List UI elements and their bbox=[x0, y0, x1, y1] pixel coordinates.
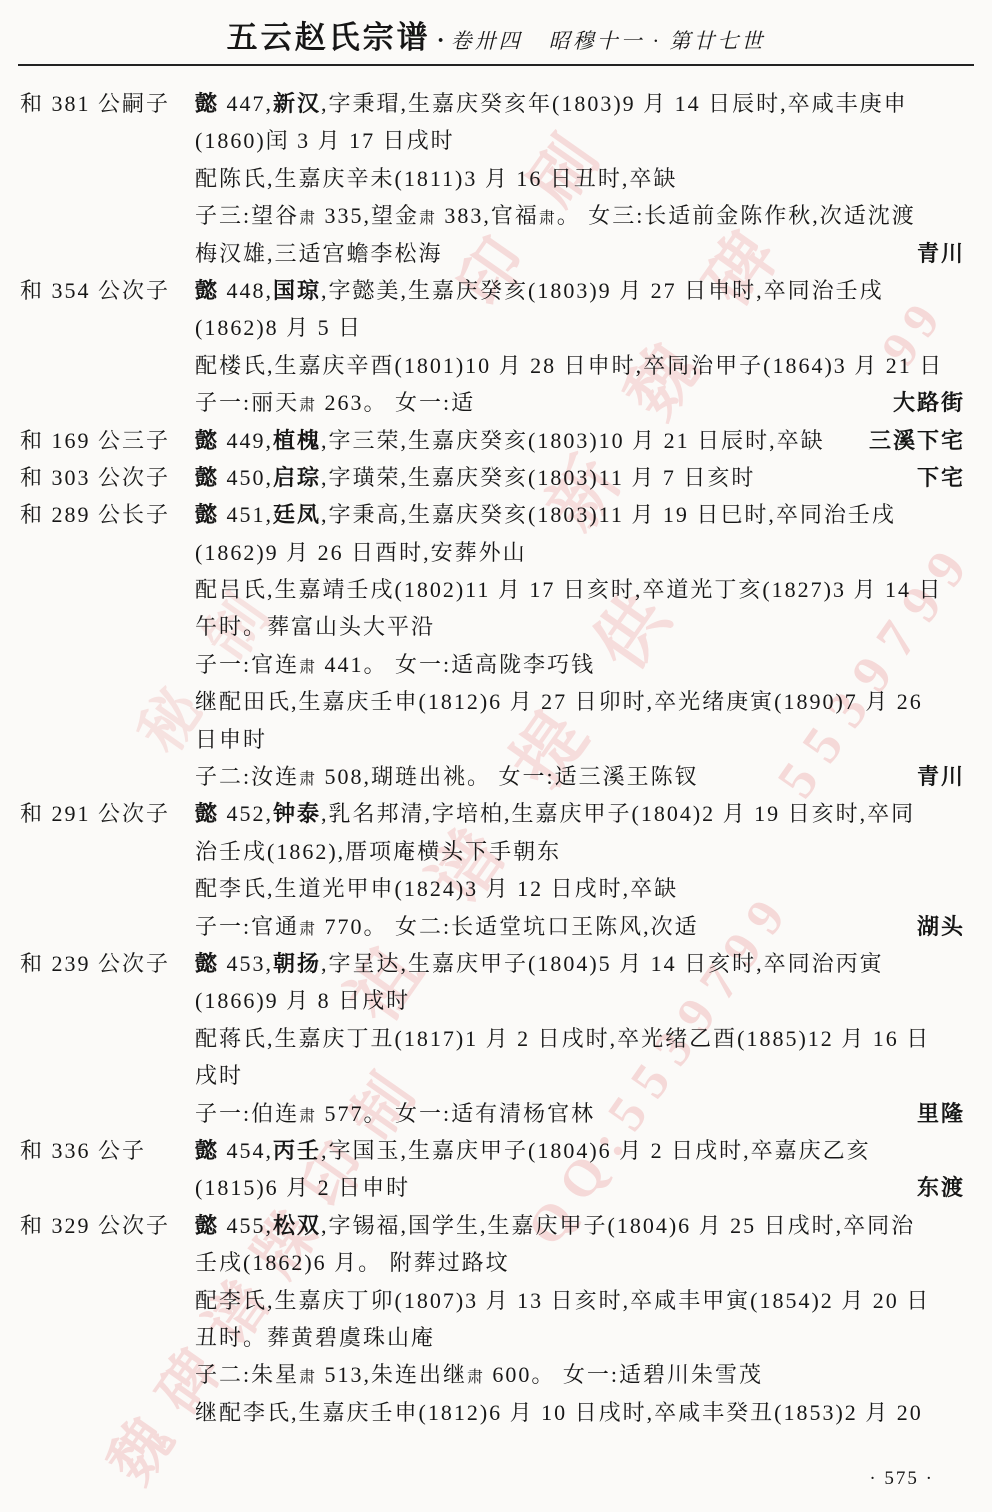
entry-text: 懿 447,新汉,字秉瑁,生嘉庆癸亥年(1803)9 月 14 日辰时,卒咸丰庚… bbox=[195, 87, 908, 118]
place-tag: 里隆 bbox=[905, 1097, 965, 1128]
place-tag: 下宅 bbox=[905, 461, 965, 492]
lineage-label: 和 303 公次子 bbox=[20, 461, 195, 492]
entry-text: 子一:伯连肃 577。 女一:适有清杨官林 bbox=[195, 1097, 595, 1128]
entry-text: 子二:汝连肃 508,瑚琏出祧。 女一:适三溪王陈钗 bbox=[195, 760, 699, 791]
entry-text: 配吕氏,生嘉靖壬戌(1802)11 月 17 日亥时,卒道光丁亥(1827)3 … bbox=[195, 573, 943, 604]
lineage-label: 和 381 公嗣子 bbox=[20, 87, 195, 118]
place-tag: 青川 bbox=[905, 237, 965, 268]
entry-text: (1815)6 月 2 日申时 bbox=[195, 1171, 410, 1202]
genealogy-line: 戌时 bbox=[20, 1059, 965, 1096]
volume-label: 卷卅四 bbox=[451, 29, 523, 53]
genealogy-line: 配蒋氏,生嘉庆丁丑(1817)1 月 2 日戌时,卒光绪乙酉(1885)12 月… bbox=[20, 1022, 965, 1059]
entry-text: 配李氏,生嘉庆丁卯(1807)3 月 13 日亥时,卒咸丰甲寅(1854)2 月… bbox=[195, 1284, 930, 1315]
entry-text: (1862)9 月 26 日酉时,安葬外山 bbox=[195, 536, 527, 567]
genealogy-line: 和 381 公嗣子懿 447,新汉,字秉瑁,生嘉庆癸亥年(1803)9 月 14… bbox=[20, 87, 965, 124]
place-tag: 东渡 bbox=[905, 1171, 965, 1202]
genealogy-line: 和 329 公次子懿 455,松双,字锡福,国学生,生嘉庆甲子(1804)6 月… bbox=[20, 1209, 965, 1246]
genealogy-line: 和 291 公次子懿 452,钟泰,乳名邦清,字培柏,生嘉庆甲子(1804)2 … bbox=[20, 797, 965, 834]
entry-text: 继配李氏,生嘉庆壬申(1812)6 月 10 日戌时,卒咸丰癸丑(1853)2 … bbox=[195, 1396, 923, 1427]
genealogy-line: (1862)8 月 5 日 bbox=[20, 311, 965, 348]
place-tag: 三溪下宅 bbox=[857, 424, 965, 455]
genealogy-line: 子二:汝连肃 508,瑚琏出祧。 女一:适三溪王陈钗青川 bbox=[20, 760, 965, 797]
section-label: 昭穆十一 · 第廿七世 bbox=[549, 29, 766, 53]
title-separator-dot: · bbox=[431, 28, 451, 54]
entry-text: 懿 452,钟泰,乳名邦清,字培柏,生嘉庆甲子(1804)2 月 19 日亥时,… bbox=[195, 797, 915, 828]
entry-text: 懿 450,启琮,字璜荣,生嘉庆癸亥(1803)11 月 7 日亥时 bbox=[195, 461, 755, 492]
genealogy-line: 梅汉雄,三适宫蟾李松海青川 bbox=[20, 237, 965, 274]
entry-text: 子二:朱星肃 513,朱连出继肃 600。 女一:适碧川朱雪茂 bbox=[195, 1358, 763, 1389]
entry-text: 壬戌(1862)6 月。 附葬过路坟 bbox=[195, 1246, 510, 1277]
lineage-label: 和 336 公子 bbox=[20, 1134, 195, 1165]
genealogy-line: 配楼氏,生嘉庆辛酉(1801)10 月 28 日申时,卒同治甲子(1864)3 … bbox=[20, 349, 965, 386]
entry-text: 懿 449,植槐,字三荣,生嘉庆癸亥(1803)10 月 21 日辰时,卒缺 bbox=[195, 424, 825, 455]
genealogy-line: 继配田氏,生嘉庆壬申(1812)6 月 27 日卯时,卒光绪庚寅(1890)7 … bbox=[20, 685, 965, 722]
genealogy-line: 子一:官通肃 770。 女二:长适堂坑口王陈风,次适湖头 bbox=[20, 910, 965, 947]
genealogy-line: 午时。葬富山头大平沿 bbox=[20, 610, 965, 647]
genealogy-line: 配李氏,生嘉庆丁卯(1807)3 月 13 日亥时,卒咸丰甲寅(1854)2 月… bbox=[20, 1284, 965, 1321]
page-title: 五云赵氏宗谱 bbox=[227, 20, 431, 55]
place-tag: 湖头 bbox=[905, 910, 965, 941]
entry-text: 日申时 bbox=[195, 723, 267, 754]
entry-text: (1862)8 月 5 日 bbox=[195, 311, 362, 342]
genealogy-line: 和 336 公子懿 454,丙壬,字国玉,生嘉庆甲子(1804)6 月 2 日戌… bbox=[20, 1134, 965, 1171]
entry-text: 梅汉雄,三适宫蟾李松海 bbox=[195, 237, 443, 268]
genealogy-line: 子一:丽天肃 263。 女一:适大路街 bbox=[20, 386, 965, 423]
entry-text: 配李氏,生道光甲申(1824)3 月 12 日戌时,卒缺 bbox=[195, 872, 678, 903]
entry-text: 午时。葬富山头大平沿 bbox=[195, 610, 435, 641]
genealogy-line: 丑时。葬黄碧虞珠山庵 bbox=[20, 1321, 965, 1358]
genealogy-line: 和 354 公次子懿 448,国琼,字懿美,生嘉庆癸亥(1803)9 月 27 … bbox=[20, 274, 965, 311]
entry-text: 懿 448,国琼,字懿美,生嘉庆癸亥(1803)9 月 27 日申时,卒同治壬戌 bbox=[195, 274, 884, 305]
entry-text: (1860)闰 3 月 17 日戌时 bbox=[195, 124, 455, 155]
genealogy-line: 配李氏,生道光甲申(1824)3 月 12 日戌时,卒缺 bbox=[20, 872, 965, 909]
lineage-label: 和 289 公长子 bbox=[20, 498, 195, 529]
entry-text: 丑时。葬黄碧虞珠山庵 bbox=[195, 1321, 435, 1352]
genealogy-line: 子一:伯连肃 577。 女一:适有清杨官林里隆 bbox=[20, 1097, 965, 1134]
genealogy-line: 配吕氏,生嘉靖壬戌(1802)11 月 17 日亥时,卒道光丁亥(1827)3 … bbox=[20, 573, 965, 610]
entry-text: 治壬戌(1862),厝项庵横头下手朝东 bbox=[195, 835, 561, 866]
genealogy-line: 和 303 公次子懿 450,启琮,字璜荣,生嘉庆癸亥(1803)11 月 7 … bbox=[20, 461, 965, 498]
genealogy-line: 壬戌(1862)6 月。 附葬过路坟 bbox=[20, 1246, 965, 1283]
genealogy-line: 和 239 公次子懿 453,朝扬,字呈达,生嘉庆甲子(1804)5 月 14 … bbox=[20, 947, 965, 984]
place-tag: 青川 bbox=[905, 760, 965, 791]
genealogy-line: 和 289 公长子懿 451,廷凤,字秉高,生嘉庆癸亥(1803)11 月 19… bbox=[20, 498, 965, 535]
genealogy-line: 配陈氏,生嘉庆辛未(1811)3 月 16 日丑时,卒缺 bbox=[20, 162, 965, 199]
place-tag: 大路街 bbox=[881, 386, 965, 417]
entry-text: 懿 454,丙壬,字国玉,生嘉庆甲子(1804)6 月 2 日戌时,卒嘉庆乙亥 bbox=[195, 1134, 871, 1165]
entry-text: 子三:望谷肃 335,望金肃 383,官福肃。 女三:长适前金陈作秋,次适沈渡 bbox=[195, 199, 916, 230]
lineage-label: 和 239 公次子 bbox=[20, 947, 195, 978]
entry-text: 子一:官通肃 770。 女二:长适堂坑口王陈风,次适 bbox=[195, 910, 699, 941]
lineage-label: 和 329 公次子 bbox=[20, 1209, 195, 1240]
genealogy-line: 日申时 bbox=[20, 723, 965, 760]
entry-text: 继配田氏,生嘉庆壬申(1812)6 月 27 日卯时,卒光绪庚寅(1890)7 … bbox=[195, 685, 923, 716]
genealogy-line: 继配李氏,生嘉庆壬申(1812)6 月 10 日戌时,卒咸丰癸丑(1853)2 … bbox=[20, 1396, 965, 1433]
entry-text: 懿 455,松双,字锡福,国学生,生嘉庆甲子(1804)6 月 25 日戌时,卒… bbox=[195, 1209, 915, 1240]
entry-text: 戌时 bbox=[195, 1059, 243, 1090]
genealogy-line: 子一:官连肃 441。 女一:适高陇李巧钱 bbox=[20, 648, 965, 685]
entry-text: 子一:丽天肃 263。 女一:适 bbox=[195, 386, 475, 417]
genealogy-line: (1815)6 月 2 日申时东渡 bbox=[20, 1171, 965, 1208]
entry-text: 懿 453,朝扬,字呈达,生嘉庆甲子(1804)5 月 14 日亥时,卒同治丙寅 bbox=[195, 947, 884, 978]
genealogy-page: 印 刷新 魏 碑995539799QQ:5539799祖 谱 提 供魏碑谱牒印制… bbox=[0, 0, 992, 1512]
lineage-label: 和 169 公三子 bbox=[20, 424, 195, 455]
entry-text: 配楼氏,生嘉庆辛酉(1801)10 月 28 日申时,卒同治甲子(1864)3 … bbox=[195, 349, 943, 380]
genealogy-line: (1866)9 月 8 日戌时 bbox=[20, 984, 965, 1021]
entry-text: (1866)9 月 8 日戌时 bbox=[195, 984, 410, 1015]
entry-text: 配陈氏,生嘉庆辛未(1811)3 月 16 日丑时,卒缺 bbox=[195, 162, 677, 193]
page-number: · 575 · bbox=[869, 1468, 934, 1490]
genealogy-line: (1862)9 月 26 日酉时,安葬外山 bbox=[20, 536, 965, 573]
page-header: 五云赵氏宗谱·卷卅四昭穆十一 · 第廿七世 bbox=[0, 0, 992, 57]
entry-text: 懿 451,廷凤,字秉高,生嘉庆癸亥(1803)11 月 19 日巳时,卒同治壬… bbox=[195, 498, 896, 529]
genealogy-line: 和 169 公三子懿 449,植槐,字三荣,生嘉庆癸亥(1803)10 月 21… bbox=[20, 424, 965, 461]
entry-text: 配蒋氏,生嘉庆丁丑(1817)1 月 2 日戌时,卒光绪乙酉(1885)12 月… bbox=[195, 1022, 930, 1053]
genealogy-body: 和 381 公嗣子懿 447,新汉,字秉瑁,生嘉庆癸亥年(1803)9 月 14… bbox=[0, 66, 992, 1433]
genealogy-line: (1860)闰 3 月 17 日戌时 bbox=[20, 124, 965, 161]
entry-text: 子一:官连肃 441。 女一:适高陇李巧钱 bbox=[195, 648, 595, 679]
genealogy-line: 子二:朱星肃 513,朱连出继肃 600。 女一:适碧川朱雪茂 bbox=[20, 1358, 965, 1395]
genealogy-line: 子三:望谷肃 335,望金肃 383,官福肃。 女三:长适前金陈作秋,次适沈渡 bbox=[20, 199, 965, 236]
lineage-label: 和 291 公次子 bbox=[20, 797, 195, 828]
lineage-label: 和 354 公次子 bbox=[20, 274, 195, 305]
genealogy-line: 治壬戌(1862),厝项庵横头下手朝东 bbox=[20, 835, 965, 872]
